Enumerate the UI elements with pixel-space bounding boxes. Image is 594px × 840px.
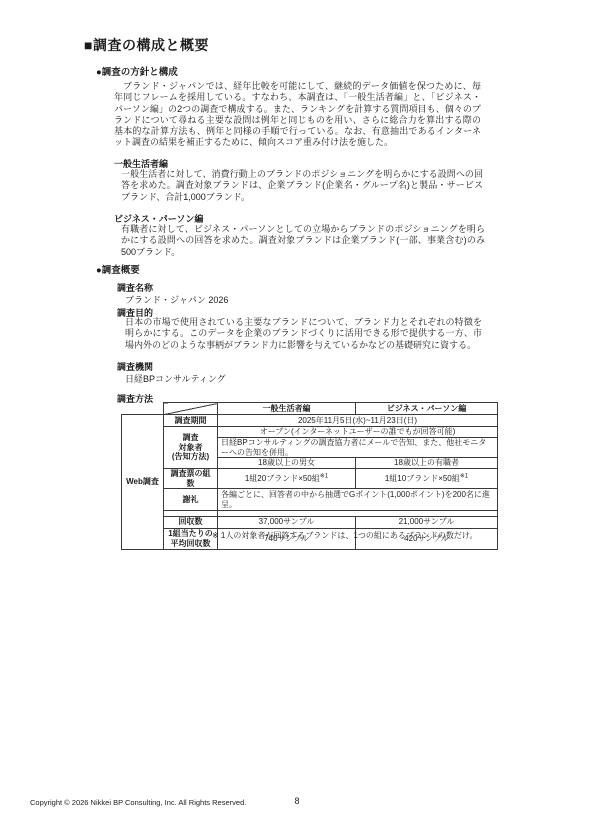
business-edition-paragraph: 有職者に対して、ビジネス・パーソンとしての立場からブランドのポジショニングを明ら…: [121, 224, 485, 258]
row-label-average: 1組当たりの 平均回収数: [164, 528, 218, 549]
cell-sets-business-note: ※1: [460, 473, 468, 479]
method-table: 一般生活者編 ビジネス・パーソン編 Web調査 調査期間 2025年11月5日(…: [121, 402, 498, 550]
row-label-average-line1: 1組当たりの: [167, 529, 214, 539]
web-survey-side-label: Web調査: [122, 415, 164, 550]
cell-subjects-open: オープン(インターネットユーザーの誰でもが回答可能): [218, 427, 498, 438]
row-label-period: 調査期間: [164, 415, 218, 427]
row-label-sets: 調査票の組数: [164, 469, 218, 489]
row-label-average-line2: 平均回収数: [167, 539, 214, 549]
cell-sets-business-value: 1組10ブランド×50組: [385, 474, 460, 483]
row-label-collected: 回収数: [164, 516, 218, 528]
survey-purpose-paragraph: 日本の市場で使用されている主要なブランドについて、ブランド力とそれぞれの特徴を明…: [125, 317, 482, 351]
table-row-sets: 調査票の組数 1組20ブランド×50組※1 1組10ブランド×50組※1: [122, 469, 498, 489]
cell-subjects-business: 18歳以上の有職者: [356, 458, 498, 469]
survey-org-value: 日経BPコンサルティング: [125, 372, 226, 385]
table-row-subjects-open: 調査 対象者 (告知方法) オープン(インターネットユーザーの誰でもが回答可能): [122, 427, 498, 438]
row-label-subjects: 調査 対象者 (告知方法): [164, 427, 218, 469]
cell-period-value: 2025年11月5日(水)~11月23日(日): [218, 415, 498, 427]
row-label-reward: 謝礼: [164, 489, 218, 510]
cell-sets-general-note: ※1: [320, 473, 328, 479]
table-ghost-cell: [122, 403, 164, 415]
table-row-period: Web調査 調査期間 2025年11月5日(水)~11月23日(日): [122, 415, 498, 427]
cell-sets-general-value: 1組20ブランド×50組: [245, 474, 320, 483]
consumer-edition-paragraph: 一般生活者に対して、消費行動上のブランドのポジショニングを明らかにする設問への回…: [121, 169, 483, 203]
cell-subjects-general: 18歳以上の男女: [218, 458, 356, 469]
table-row-collected: 回収数 37,000サンプル 21,000サンプル: [122, 516, 498, 528]
page-title: ■調査の構成と概要: [84, 35, 209, 55]
cell-collected-business: 21,000サンプル: [356, 516, 498, 528]
section-heading-policy: ●調査の方針と構成: [96, 64, 178, 78]
cell-reward-value: 各編ごとに、回答者の中から抽選でGポイント(1,000ポイント)を200名に進呈…: [218, 489, 498, 510]
table-footnote: ※ 1人の対象者が回答するブランドは、1つの組にあるブランドの数だけ。: [212, 530, 478, 541]
section-heading-overview: ●調査概要: [96, 262, 140, 276]
method-table-container: 一般生活者編 ビジネス・パーソン編 Web調査 調査期間 2025年11月5日(…: [121, 402, 498, 550]
column-header-general: 一般生活者編: [218, 403, 356, 415]
row-label-subjects-line1: 調査: [167, 433, 214, 443]
cell-subjects-notice: 日経BPコンサルティングの調査協力者にメールで告知、また、他社モニターへの告知を…: [218, 438, 498, 458]
table-row-reward: 謝礼 各編ごとに、回答者の中から抽選でGポイント(1,000ポイント)を200名…: [122, 489, 498, 510]
survey-name-value: ブランド・ジャパン 2026: [125, 293, 228, 306]
table-header-row: 一般生活者編 ビジネス・パーソン編: [122, 403, 498, 415]
footer-page-number: 8: [0, 796, 594, 806]
cell-collected-general: 37,000サンプル: [218, 516, 356, 528]
row-label-subjects-line3: (告知方法): [167, 452, 214, 462]
table-corner-diagonal-cell: [164, 403, 218, 415]
cell-sets-general: 1組20ブランド×50組※1: [218, 469, 356, 489]
policy-intro-paragraph: ブランド・ジャパンでは、経年比較を可能にして、継続的データ価値を保つために、毎年…: [114, 81, 481, 149]
row-label-subjects-line2: 対象者: [167, 443, 214, 453]
document-page: ■調査の構成と概要 ●調査の方針と構成 ブランド・ジャパンでは、経年比較を可能に…: [0, 0, 594, 840]
column-header-business: ビジネス・パーソン編: [356, 403, 498, 415]
cell-sets-business: 1組10ブランド×50組※1: [356, 469, 498, 489]
